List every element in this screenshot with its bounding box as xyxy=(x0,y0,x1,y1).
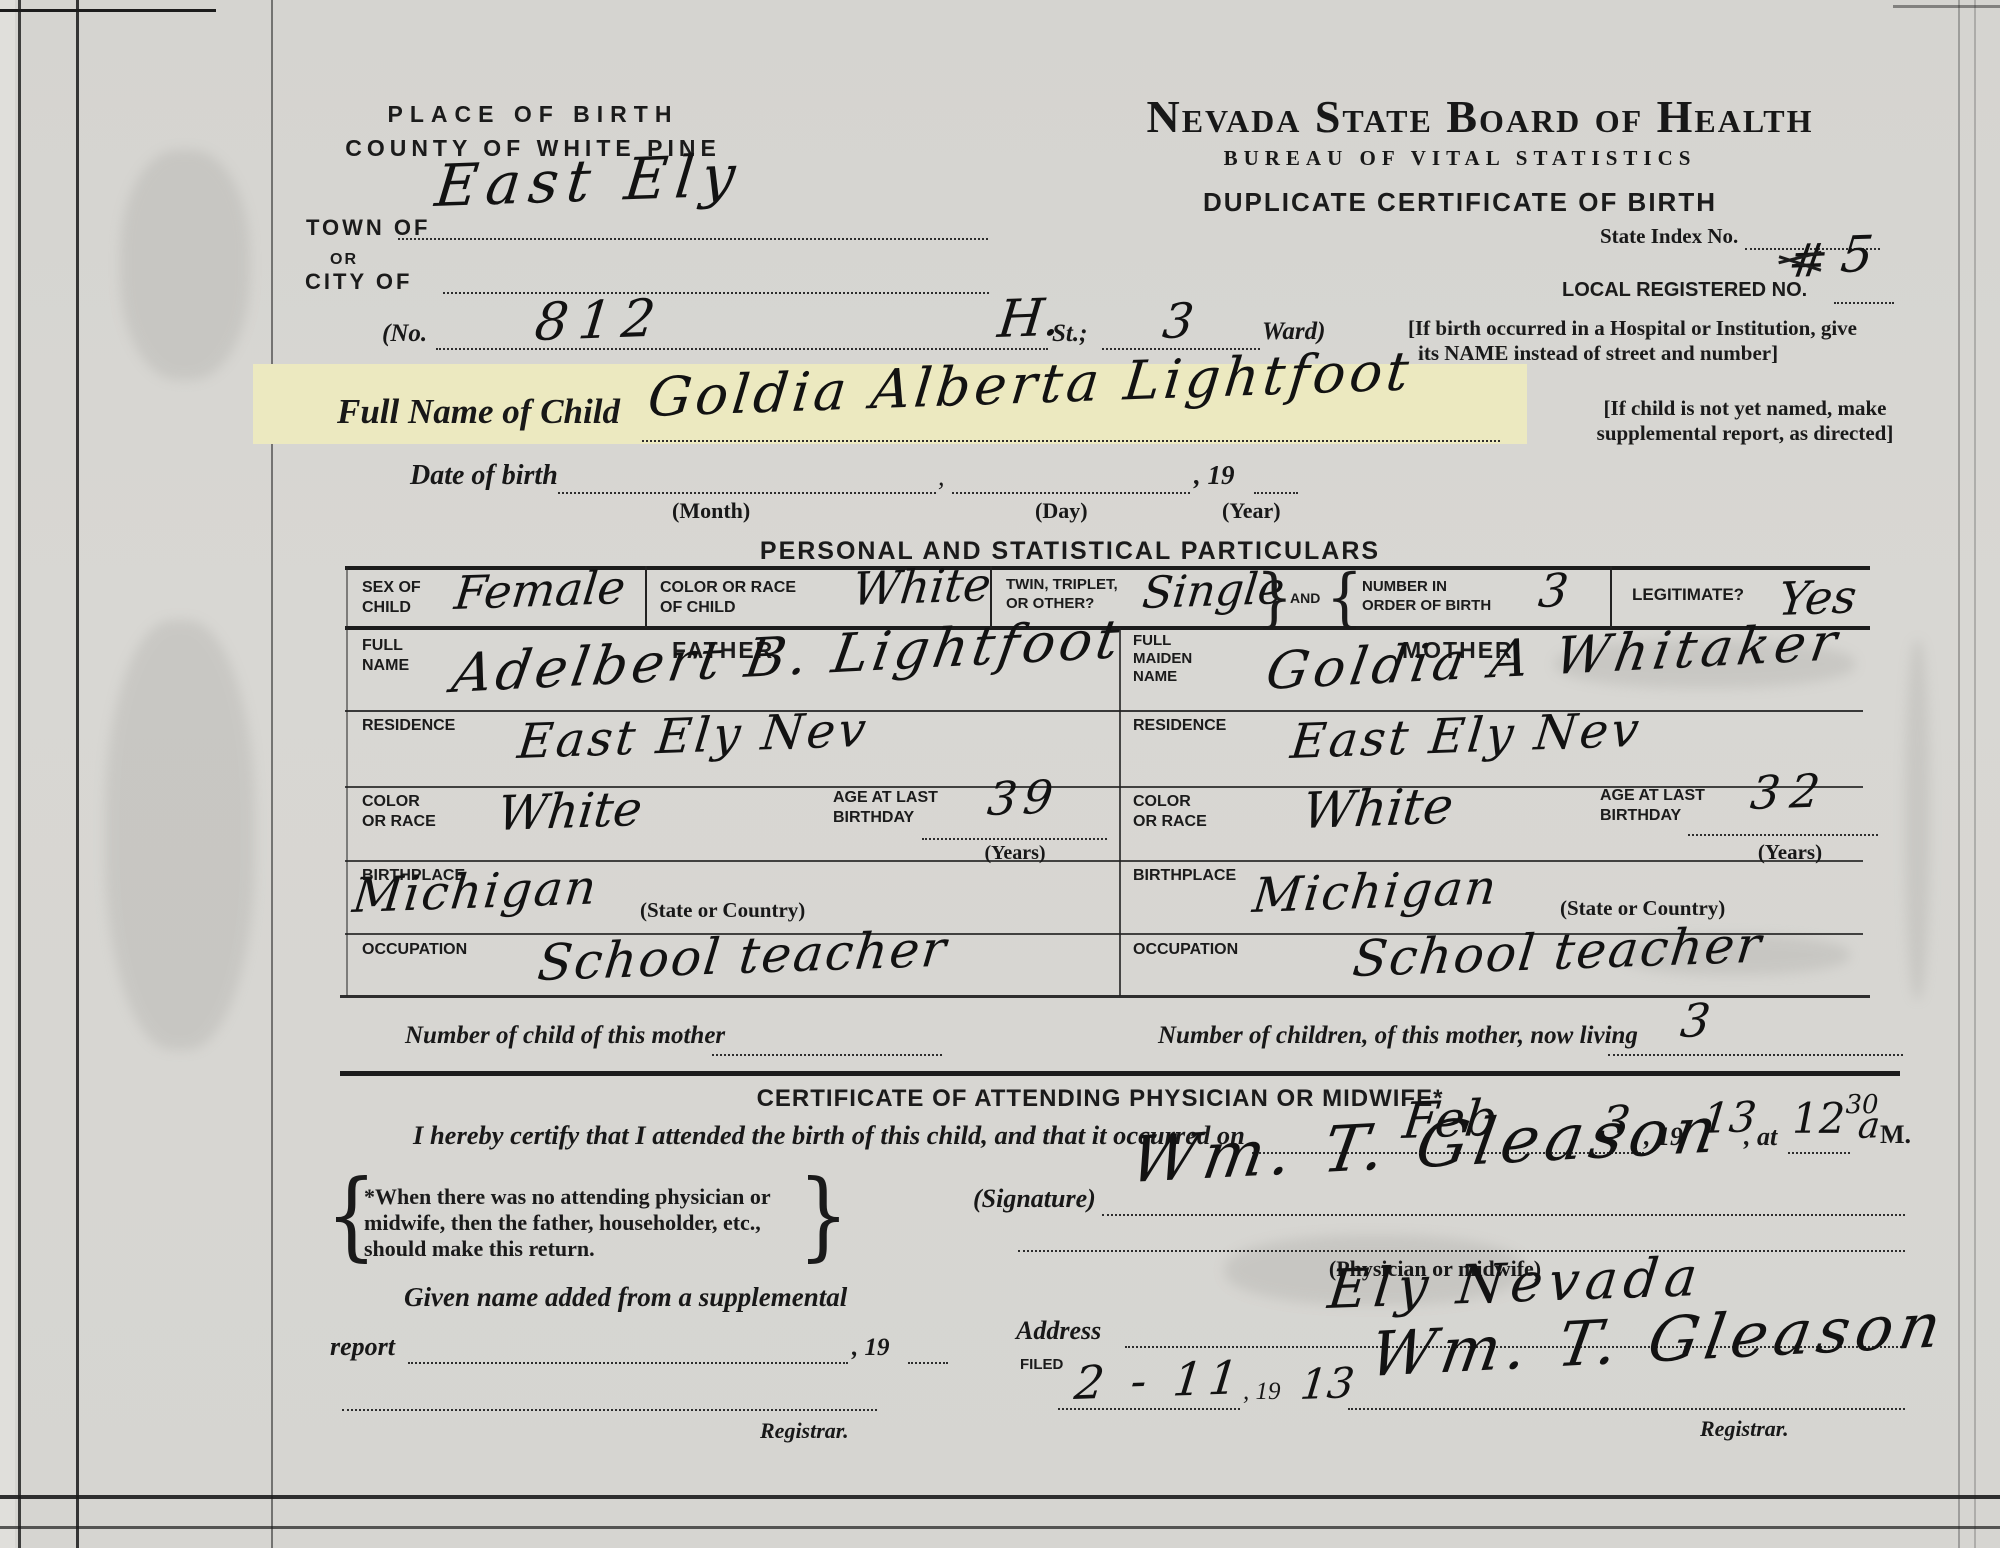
table-rule-center xyxy=(1119,628,1121,996)
race-label-line1: COLOR OR RACE xyxy=(660,578,796,598)
father-age-line2: BIRTHDAY xyxy=(833,808,938,828)
unnamed-note: [If child is not yet named, make supplem… xyxy=(1570,396,1920,446)
film-edge-line xyxy=(76,0,79,1548)
state-index-label: State Index No. xyxy=(1600,224,1738,249)
note-brace-close-glyph: } xyxy=(798,1168,849,1264)
father-years-caption: (Years) xyxy=(955,842,1075,865)
race-of-child-value-handwriting: White xyxy=(850,557,994,616)
mother-age-label: AGE AT LAST BIRTHDAY xyxy=(1600,786,1705,826)
house-number-handwriting: 812 xyxy=(532,289,668,353)
right-registrar-caption: Registrar. xyxy=(1700,1416,1789,1442)
father-state-caption: (State or Country) xyxy=(640,898,805,923)
town-of-value-handwriting: East Ely xyxy=(432,141,747,220)
legitimate-label: LEGITIMATE? xyxy=(1632,584,1744,605)
filed-year-prefix: , 19 xyxy=(1243,1378,1281,1406)
bleedthrough-smudge xyxy=(1905,640,1930,1000)
children-living-label: Number of children, of this mother, now … xyxy=(1158,1022,1638,1050)
place-of-birth-heading: PLACE OF BIRTH xyxy=(333,100,733,129)
children-living-handwriting: 3 xyxy=(1678,993,1713,1048)
mother-race-label: COLOR OR RACE xyxy=(1133,792,1207,832)
filed-label: FILED xyxy=(1020,1356,1063,1375)
at-label: , at xyxy=(1744,1122,1777,1152)
scan-line-right-edge xyxy=(1958,0,1960,1548)
report-year-prefix: , 19 xyxy=(852,1334,890,1362)
mother-age-handwriting: 32 xyxy=(1748,763,1833,820)
filed-year-handwriting: 13 xyxy=(1298,1358,1357,1409)
order-of-birth-value-handwriting: 3 xyxy=(1536,563,1571,618)
table-rule-vertical xyxy=(645,566,647,628)
mother-occupation-handwriting: School teacher xyxy=(1350,916,1766,988)
ward-label: Ward) xyxy=(1262,318,1325,346)
birth-certificate-scan: PLACE OF BIRTH COUNTY OF WHITE PINE TOWN… xyxy=(0,0,2000,1548)
film-edge-strip xyxy=(0,0,15,1548)
month-line xyxy=(558,490,936,494)
sex-label-line1: SEX OF xyxy=(362,578,421,598)
mother-occupation-label: OCCUPATION xyxy=(1133,940,1238,960)
filed-date-handwriting: 2 - 11 xyxy=(1072,1350,1247,1410)
father-race-handwriting: White xyxy=(495,781,645,842)
father-race-label: COLOR OR RACE xyxy=(362,792,436,832)
father-age-line xyxy=(922,836,1107,840)
twin-label-line1: TWIN, TRIPLET, xyxy=(1006,576,1118,595)
scan-line-bottom xyxy=(0,1495,2000,1499)
st-label: St.; xyxy=(1052,320,1087,348)
physician-midwife-line xyxy=(1018,1248,1905,1252)
mother-maidenname-line2: MAIDEN xyxy=(1133,650,1192,668)
mother-age-line2: BIRTHDAY xyxy=(1600,806,1705,826)
father-fullname-line1: FULL xyxy=(362,636,409,656)
page-margin-line xyxy=(271,0,273,1548)
city-of-label: CITY OF xyxy=(305,268,412,296)
mother-years-caption: (Years) xyxy=(1725,840,1855,865)
mother-race-line2: OR RACE xyxy=(1133,812,1207,832)
day-caption: (Day) xyxy=(1035,498,1088,524)
father-name-handwriting: Adelbert B. Lightfoot xyxy=(448,607,1127,705)
report-label: report xyxy=(330,1332,395,1362)
dob-comma: , xyxy=(938,462,945,492)
father-birthplace-handwriting: Michigan xyxy=(350,860,601,924)
no-physician-note-line1: *When there was no attending physician o… xyxy=(364,1184,804,1210)
unnamed-note-line1: [If child is not yet named, make xyxy=(1570,396,1920,421)
month-caption: (Month) xyxy=(672,498,750,524)
meridiem-handwriting: a xyxy=(1856,1105,1882,1147)
certify-statement: I hereby certify that I attended the bir… xyxy=(413,1120,1245,1151)
order-label-line1: NUMBER IN xyxy=(1362,578,1491,597)
mother-maidenname-label: FULL MAIDEN NAME xyxy=(1133,632,1192,686)
day-line xyxy=(952,490,1190,494)
bleedthrough-smudge xyxy=(120,150,250,380)
father-occupation-handwriting: School teacher xyxy=(535,920,951,992)
city-of-line xyxy=(443,290,989,294)
dob-year-prefix: , 19 xyxy=(1194,460,1235,491)
local-registered-line xyxy=(1834,300,1894,304)
father-race-line1: COLOR xyxy=(362,792,436,812)
meridiem-caption: M. xyxy=(1880,1120,1911,1150)
father-age-handwriting: 39 xyxy=(985,770,1062,826)
father-residence-label: RESIDENCE xyxy=(362,716,455,736)
table-rule-bottom xyxy=(340,1071,1900,1076)
race-of-child-label: COLOR OR RACE OF CHILD xyxy=(660,578,796,618)
mother-residence-handwriting: East Ely Nev xyxy=(1288,702,1645,770)
sex-value-handwriting: Female xyxy=(452,560,628,620)
report-line xyxy=(408,1360,848,1364)
table-rule xyxy=(340,995,1870,998)
supplemental-text: Given name added from a supplemental xyxy=(404,1282,847,1313)
certificate-title: DUPLICATE CERTIFICATE OF BIRTH xyxy=(1080,186,1840,219)
mother-age-line1: AGE AT LAST xyxy=(1600,786,1705,806)
children-living-line xyxy=(1608,1052,1903,1056)
sex-label-line2: CHILD xyxy=(362,598,421,618)
full-name-of-child-label: Full Name of Child xyxy=(337,392,620,432)
mother-birthplace-handwriting: Michigan xyxy=(1250,860,1501,924)
time-hours-handwriting: 12 xyxy=(1792,1094,1845,1143)
no-physician-note: *When there was no attending physician o… xyxy=(364,1184,804,1262)
no-physician-note-line2: midwife, then the father, householder, e… xyxy=(364,1210,804,1236)
year-caption: (Year) xyxy=(1222,498,1281,524)
and-label: AND xyxy=(1290,590,1320,608)
table-rule-vertical xyxy=(1610,566,1612,628)
local-registered-label: LOCAL REGISTERED NO. xyxy=(1562,278,1807,303)
scan-line-top-right xyxy=(1893,5,2000,8)
mother-age-line xyxy=(1688,832,1878,836)
scan-line-bottom xyxy=(0,1526,2000,1529)
child-number-line xyxy=(712,1052,942,1056)
mother-birthplace-label: BIRTHPLACE xyxy=(1133,866,1236,886)
ward-number-handwriting: 3 xyxy=(1160,293,1197,350)
mother-maidenname-line3: NAME xyxy=(1133,668,1192,686)
mother-residence-label: RESIDENCE xyxy=(1133,716,1226,736)
no-label: (No. xyxy=(382,320,427,348)
bureau-subtitle: BUREAU OF VITAL STATISTICS xyxy=(1080,146,1840,171)
no-physician-note-line3: should make this return. xyxy=(364,1236,804,1262)
town-of-line xyxy=(398,236,988,240)
table-rule-vertical xyxy=(346,566,348,996)
bleedthrough-smudge xyxy=(105,620,255,1050)
date-of-birth-label: Date of birth xyxy=(410,460,558,492)
full-name-line xyxy=(642,438,1500,442)
film-edge-line xyxy=(18,0,21,1548)
mother-maidenname-line1: FULL xyxy=(1133,632,1192,650)
report-year-line xyxy=(908,1360,948,1364)
father-occupation-label: OCCUPATION xyxy=(362,940,467,960)
order-label-line2: ORDER OF BIRTH xyxy=(1362,597,1491,616)
particulars-title: PERSONAL AND STATISTICAL PARTICULARS xyxy=(600,536,1540,567)
mother-race-line1: COLOR xyxy=(1133,792,1207,812)
registered-no-value-handwriting: 5 xyxy=(1838,225,1876,284)
father-fullname-label: FULL NAME xyxy=(362,636,409,676)
hospital-note: [If birth occurred in a Hospital or Inst… xyxy=(1408,316,1908,366)
scan-line-right-edge xyxy=(1974,0,1976,1548)
father-residence-handwriting: East Ely Nev xyxy=(515,702,872,770)
scan-line-top-left xyxy=(0,9,216,12)
board-of-health-title: Nevada State Board of Health xyxy=(1080,90,1880,143)
or-label: OR xyxy=(330,250,358,270)
left-registrar-line xyxy=(342,1407,877,1411)
unnamed-note-line2: supplemental report, as directed] xyxy=(1570,421,1920,446)
father-age-line1: AGE AT LAST xyxy=(833,788,938,808)
sex-label: SEX OF CHILD xyxy=(362,578,421,618)
no-line xyxy=(436,346,1048,350)
father-fullname-line2: NAME xyxy=(362,656,409,676)
brace-open-glyph: { xyxy=(1326,565,1363,629)
filed-date-line xyxy=(1058,1406,1240,1410)
address-label: Address xyxy=(1016,1316,1101,1346)
left-registrar-caption: Registrar. xyxy=(760,1418,849,1444)
signature-label: (Signature) xyxy=(973,1184,1096,1214)
time-line xyxy=(1788,1150,1850,1154)
mother-race-handwriting: White xyxy=(1300,777,1456,840)
race-label-line2: OF CHILD xyxy=(660,598,796,618)
father-age-label: AGE AT LAST BIRTHDAY xyxy=(833,788,938,828)
child-number-label: Number of child of this mother xyxy=(405,1022,725,1050)
brace-close-glyph: } xyxy=(1256,565,1293,629)
hospital-note-line2: its NAME instead of street and number] xyxy=(1418,341,1908,366)
signature-line xyxy=(1102,1212,1905,1216)
order-of-birth-label: NUMBER IN ORDER OF BIRTH xyxy=(1362,578,1491,616)
year-line xyxy=(1254,490,1298,494)
registrar-signature-line xyxy=(1348,1406,1905,1410)
hospital-note-line1: [If birth occurred in a Hospital or Inst… xyxy=(1408,316,1908,341)
father-race-line2: OR RACE xyxy=(362,812,436,832)
